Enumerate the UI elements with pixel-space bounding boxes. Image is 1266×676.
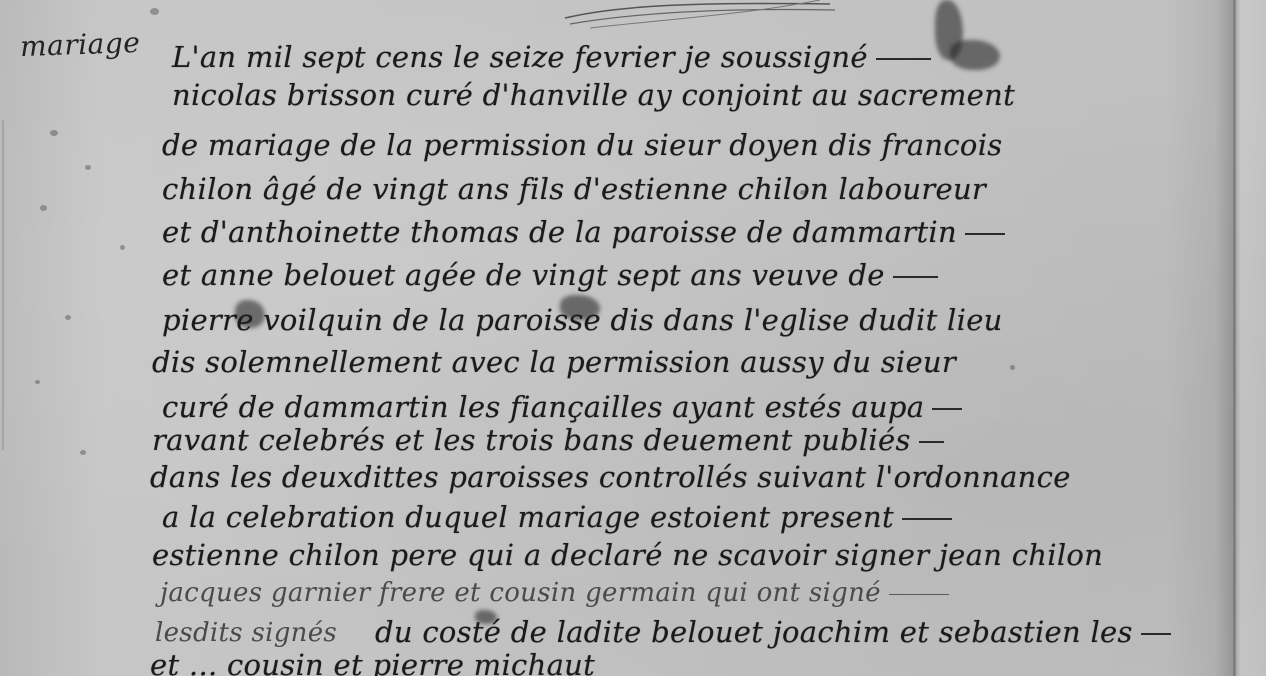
text-line-17: et ... cousin et pierre michaut: [150, 648, 595, 676]
ink-blot: [950, 40, 1000, 70]
speck: [85, 165, 91, 170]
speck: [35, 380, 40, 384]
manuscript-page: mariage L'an mil sept cens le seize fevr…: [0, 0, 1266, 676]
text-line-4: chilon âgé de vingt ans fils d'estienne …: [162, 172, 986, 206]
text-line-3: de mariage de la permission du sieur doy…: [162, 128, 1002, 162]
page-edge-shadow: [1233, 0, 1236, 676]
speck: [40, 205, 47, 211]
text-line-7: pierre voilquin de la paroisse dis dans …: [162, 303, 1003, 337]
text-line-14-signatures: jacques garnier frere et cousin germain …: [160, 578, 949, 608]
speck: [65, 315, 71, 320]
speck: [1010, 365, 1015, 370]
speck: [80, 450, 86, 455]
speck: [150, 8, 159, 15]
text-line-11: dans les deuxdittes paroisses controllés…: [150, 460, 1071, 494]
text-line-12: a la celebration duquel mariage estoient…: [162, 500, 952, 534]
text-line-10: ravant celebrés et les trois bans deueme…: [152, 423, 944, 457]
speck: [50, 130, 58, 136]
ink-flourish-icon: [560, 0, 840, 30]
text-line-6: et anne belouet agée de vingt sept ans v…: [162, 258, 938, 292]
text-line-2: nicolas brisson curé d'hanville ay conjo…: [172, 78, 1015, 112]
text-line-8: dis solemnellement avec la permission au…: [152, 345, 956, 379]
text-line-13: estienne chilon pere qui a declaré ne sc…: [152, 538, 1103, 572]
page-fold-line: [2, 120, 4, 450]
text-line-9: curé de dammartin les fiançailles ayant …: [162, 390, 962, 424]
margin-note: mariage: [19, 26, 140, 63]
text-line-16: du costé de ladite belouet joachim et se…: [215, 615, 1171, 649]
text-line-1: L'an mil sept cens le seize fevrier je s…: [172, 40, 931, 74]
speck: [120, 245, 125, 250]
text-line-5: et d'anthoinette thomas de la paroisse d…: [162, 215, 1005, 249]
